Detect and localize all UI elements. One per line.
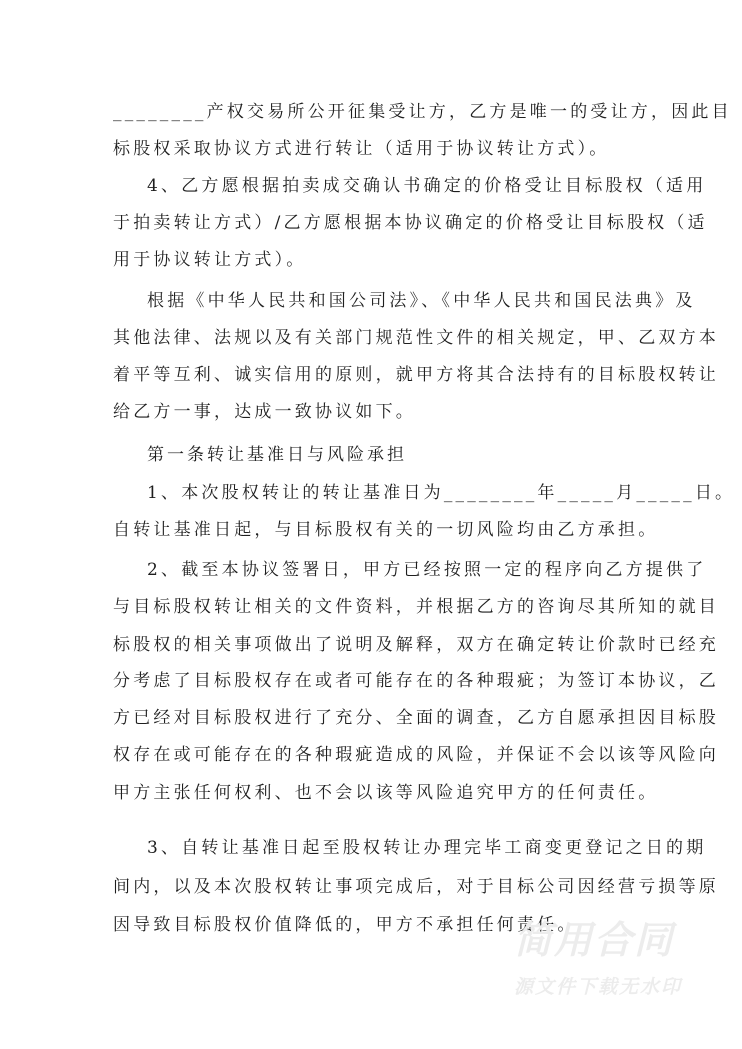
- section-heading: 第一条转让基准日与风险承担: [147, 443, 629, 467]
- text-line: 分考虑了目标股权存在或者可能存在的各种瑕疵；为签订本协议，乙: [113, 669, 629, 693]
- watermark-logo-text: 简用合同: [514, 918, 686, 962]
- text-line: 1、本次股权转让的转让基准日为________年_____月_____日。: [147, 481, 629, 505]
- text-line: 自转让基准日起，与目标股权有关的一切风险均由乙方承担。: [113, 518, 629, 542]
- text-line: 根据《中华人民共和国公司法》、《中华人民共和国民法典》及: [147, 289, 629, 313]
- text-line: 甲方主张任何权利、也不会以该等风险追究甲方的任何责任。: [113, 781, 629, 805]
- text-line: 标股权的相关事项做出了说明及解释，双方在确定转让价款时已经充: [113, 633, 629, 657]
- text-line: 给乙方一事，达成一致协议如下。: [113, 400, 629, 424]
- text-line: 与目标股权转让相关的文件资料，并根据乙方的咨询尽其所知的就目: [113, 595, 629, 619]
- text-line: 4、乙方愿根据拍卖成交确认书确定的价格受让目标股权（适用: [147, 174, 629, 198]
- text-line: 用于协议转让方式）。: [113, 248, 629, 272]
- text-line: 标股权采取协议方式进行转让（适用于协议转让方式）。: [113, 137, 629, 161]
- text-line: 3、自转让基准日起至股权转让办理完毕工商变更登记之日的期: [147, 836, 629, 860]
- watermark: 简用合同 源文件下载无水印: [514, 918, 686, 998]
- watermark-subtitle: 源文件下载无水印: [514, 976, 686, 998]
- text-line: 其他法律、法规以及有关部门规范性文件的相关规定，甲、乙双方本: [113, 326, 629, 350]
- text-line: 着平等互利、诚实信用的原则，就甲方将其合法持有的目标股权转让: [113, 363, 629, 387]
- text-line: 间内，以及本次股权转让事项完成后，对于目标公司因经营亏损等原: [113, 875, 629, 899]
- text-line: 2、截至本协议签署日，甲方已经按照一定的程序向乙方提供了: [147, 558, 629, 582]
- text-line: 权存在或可能存在的各种瑕疵造成的风险，并保证不会以该等风险向: [113, 743, 629, 767]
- text-line: ________产权交易所公开征集受让方，乙方是唯一的受让方，因此目: [113, 100, 629, 124]
- text-line: 于拍卖转让方式）/乙方愿根据本协议确定的价格受让目标股权（适: [113, 211, 629, 235]
- document-page: ________产权交易所公开征集受让方，乙方是唯一的受让方，因此目 标股权采取…: [0, 0, 742, 1049]
- text-line: 方已经对目标股权进行了充分、全面的调查，乙方自愿承担因目标股: [113, 706, 629, 730]
